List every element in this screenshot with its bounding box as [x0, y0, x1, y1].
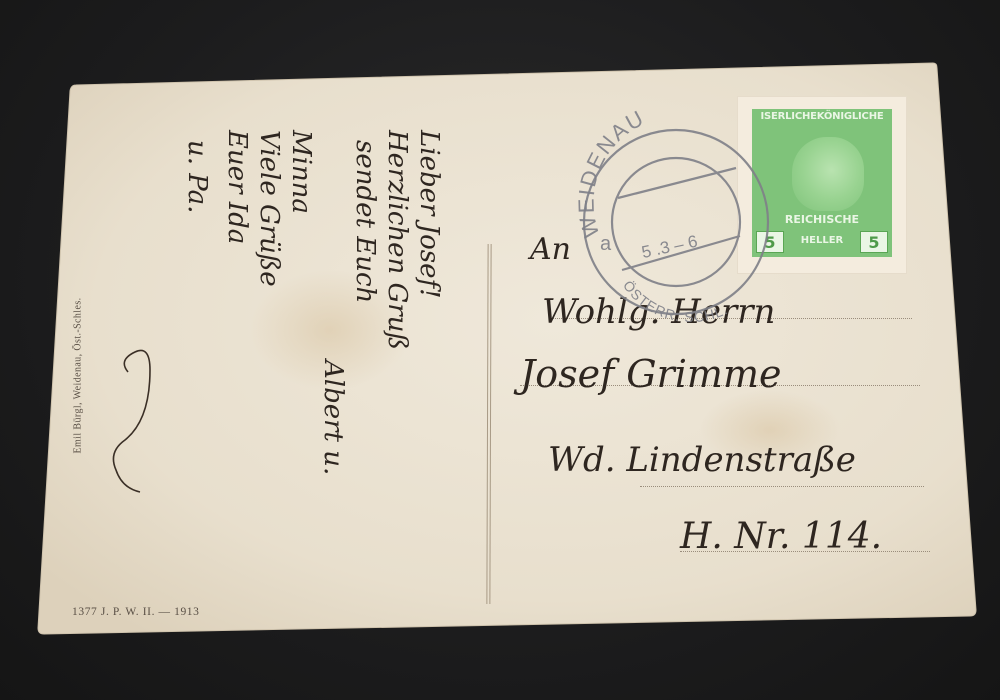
stamp-value-left: 5 — [756, 231, 784, 253]
stamp-currency: HELLER — [788, 235, 856, 246]
message-line: Herzlichen Gruß — [382, 130, 412, 350]
series-imprint: 1377 J. P. W. II. — 1913 — [72, 606, 200, 618]
stamp-bottom-text: REICHISCHE — [758, 213, 886, 226]
address-line: Wohlg. Herrn — [542, 292, 775, 332]
address-dotted-line — [640, 486, 924, 487]
stamp-design: ISERLICHEKÖNIGLICHE REICHISCHE 5 HELLER … — [752, 109, 892, 257]
message-line: Euer Ida — [222, 130, 252, 244]
publisher-imprint: Emil Bürgl, Weidenau, Öst.-Schles. — [73, 246, 84, 506]
stamp-top-text: ISERLICHEKÖNIGLICHE — [758, 111, 886, 122]
address-line: Josef Grimme — [520, 352, 781, 396]
stamp-value-right: 5 — [860, 231, 888, 253]
message-line: u. Pa. — [182, 140, 212, 213]
message-line: Viele Grüße — [254, 130, 284, 287]
message-line: Lieber Josef! — [414, 130, 444, 299]
message-line: Albert u. — [318, 360, 348, 475]
address-line: H. Nr. 114. — [680, 516, 882, 557]
address-salutation: An — [530, 232, 571, 267]
address-line: Wd. Lindenstraße — [548, 440, 856, 480]
postage-stamp: ISERLICHEKÖNIGLICHE REICHISCHE 5 HELLER … — [738, 97, 906, 273]
message-line: Minna — [286, 130, 316, 214]
postcard: Emil Bürgl, Weidenau, Öst.-Schles. 1377 … — [0, 0, 1000, 700]
handwritten-message: Lieber Josef! Herzlichen Gruß sendet Euc… — [112, 110, 472, 590]
emperor-portrait-icon — [792, 137, 864, 211]
message-line: sendet Euch — [350, 140, 380, 303]
